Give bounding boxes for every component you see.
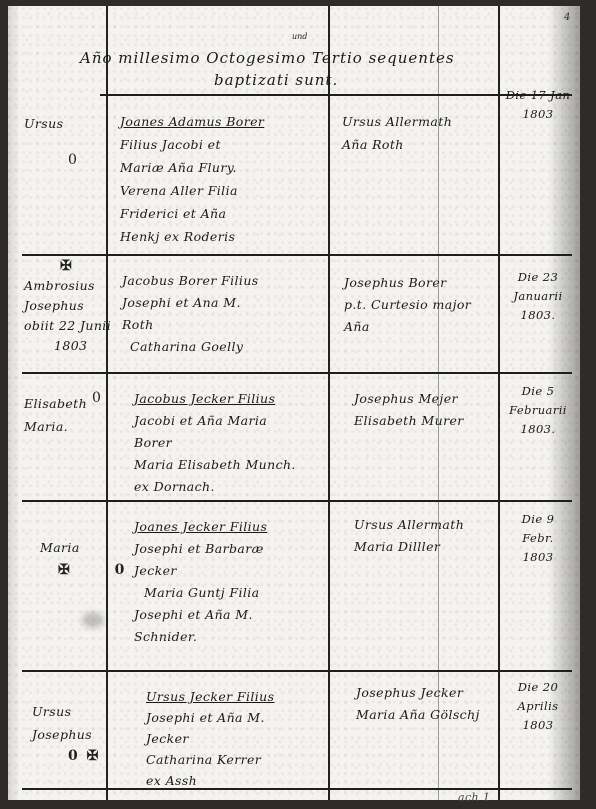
entry-3-godparents: Josephus Mejer Elisabeth Murer xyxy=(354,388,464,432)
entry-4-cross-icon: ✠ 0 xyxy=(58,562,144,578)
row-rule-4 xyxy=(22,670,572,672)
entry-4-parents: Joanes Jecker Filius Josephi et Barbaræ … xyxy=(134,516,267,648)
entry-4-godparents: Ursus Allermath Maria Dilller xyxy=(354,514,464,558)
row-rule-3 xyxy=(22,500,572,502)
entry-3-mark: 0 xyxy=(92,390,101,406)
page-number: 4 xyxy=(564,12,570,23)
entry-5-godparents: Josephus Jecker Maria Aña Gölschj xyxy=(356,682,480,726)
margin-rule xyxy=(106,6,108,800)
entry-4-date: Die 9 Febr. 1803 xyxy=(502,510,574,567)
header-superscript: und xyxy=(292,32,307,41)
column-rule-godparents xyxy=(328,6,330,800)
entry-5-cross-icon: 0 ✠ xyxy=(68,748,100,764)
entry-1-child: Ursus xyxy=(24,112,63,135)
entry-1-godparents: Ursus Allermath Aña Roth xyxy=(342,110,452,156)
register-page: 4 und Año millesimo Octogesimo Tertio se… xyxy=(8,6,580,800)
row-rule-1 xyxy=(22,254,572,256)
entry-3-parents: Jacobus Jecker Filius Jacobi et Aña Mari… xyxy=(134,388,296,498)
entry-2-godparents: Josephus Borer p.t. Curtesio major Aña xyxy=(344,272,471,338)
row-rule-2 xyxy=(22,372,572,374)
entry-3-date: Die 5 Februarii 1803. xyxy=(502,382,574,439)
entry-2-parents: Jacobus Borer Filius Josephi et Ana M. R… xyxy=(122,270,259,358)
entry-5-date: Die 20 Aprilis 1803 xyxy=(502,678,574,735)
ink-smudge xyxy=(82,612,104,628)
entry-5-child: Ursus Josephus xyxy=(32,700,92,746)
entry-4-child: Maria xyxy=(40,536,80,559)
footer-scribble: ach 1 xyxy=(458,786,490,800)
column-rule-date xyxy=(498,6,500,800)
entry-1-parents: Joanes Adamus Borer Filius Jacobi et Mar… xyxy=(120,110,264,248)
entry-2-child: Ambrosius Josephus obiit 22 Junii 1803 xyxy=(24,276,111,356)
entry-1-date: Die 17 Jan 1803 xyxy=(502,86,574,124)
header-line-2: baptizati sunt. xyxy=(214,66,338,94)
entry-3-child: Elisabeth Maria. xyxy=(24,392,87,438)
entry-1-mark: 0 xyxy=(68,152,77,168)
entry-2-date: Die 23 Januarii 1803. xyxy=(502,268,574,325)
entry-2-cross-icon: ✠ xyxy=(60,258,72,274)
entry-5-parents: Ursus Jecker Filius Josephi et Aña M. Je… xyxy=(146,686,274,791)
